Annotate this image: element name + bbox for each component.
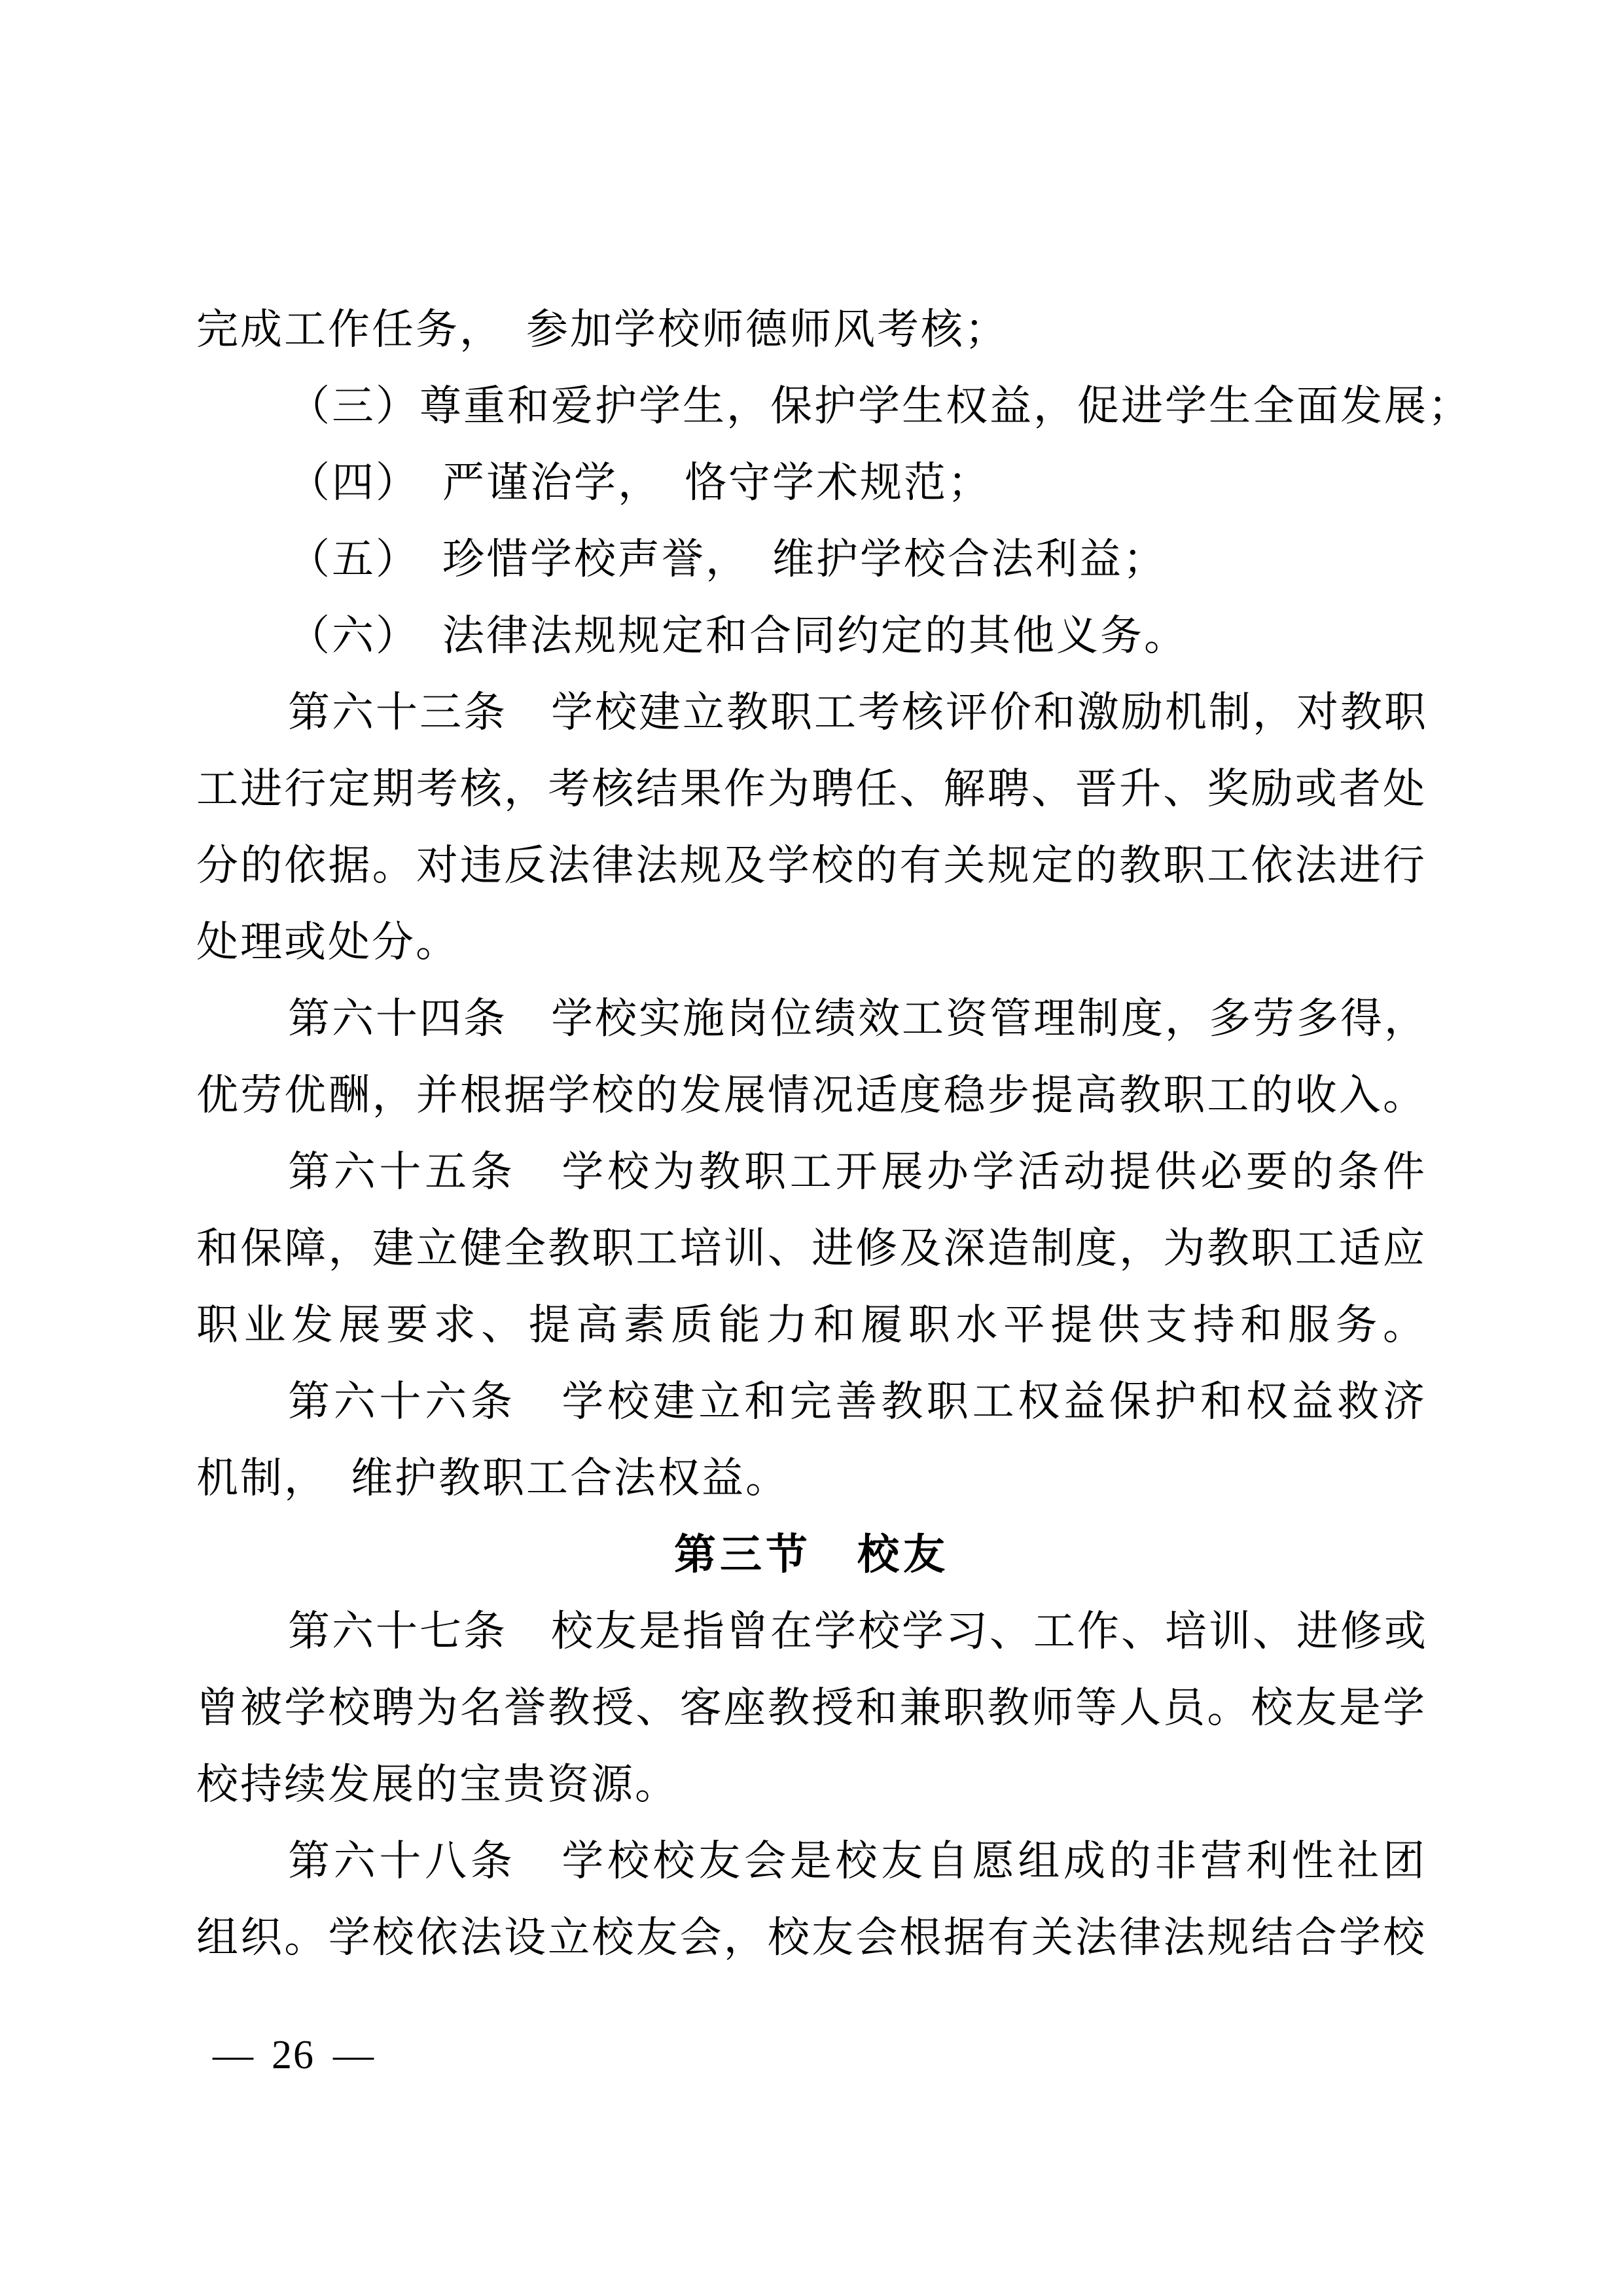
body-line: 处理或处分。 — [196, 904, 1427, 980]
body-line: 第六十三条 学校建立教职工考核评价和激励机制，对教职 — [196, 674, 1427, 751]
body-line: （四） 严谨治学， 恪守学术规范； — [196, 444, 1427, 521]
document-page: 完成工作任务， 参加学校师德师风考核；（三）尊重和爱护学生，保护学生权益，促进学… — [0, 0, 1623, 2296]
body-line: （五） 珍惜学校声誉， 维护学校合法利益； — [196, 521, 1427, 598]
body-line: 第六十四条 学校实施岗位绩效工资管理制度，多劳多得， — [196, 980, 1427, 1057]
body-line: 优劳优酬，并根据学校的发展情况适度稳步提高教职工的收入。 — [196, 1057, 1427, 1134]
body-line: 第六十五条 学校为教职工开展办学活动提供必要的条件 — [196, 1134, 1427, 1210]
body-line: 第六十七条 校友是指曾在学校学习、工作、培训、进修或 — [196, 1593, 1427, 1670]
footer-left-dash: — — [213, 2029, 253, 2081]
body-line: 校持续发展的宝贵资源。 — [196, 1746, 1427, 1823]
section-heading: 第三节 校友 — [196, 1516, 1427, 1593]
body-line: 分的依据。对违反法律法规及学校的有关规定的教职工依法进行 — [196, 827, 1427, 904]
body-line: 曾被学校聘为名誉教授、客座教授和兼职教师等人员。校友是学 — [196, 1670, 1427, 1746]
page-number: 26 — [272, 2029, 315, 2081]
page-body: 完成工作任务， 参加学校师德师风考核；（三）尊重和爱护学生，保护学生权益，促进学… — [196, 291, 1427, 1976]
body-line: 工进行定期考核，考核结果作为聘任、解聘、晋升、奖励或者处 — [196, 751, 1427, 827]
body-line: 完成工作任务， 参加学校师德师风考核； — [196, 291, 1427, 368]
body-line: 第六十八条 学校校友会是校友自愿组成的非营利性社团 — [196, 1823, 1427, 1899]
body-line: 职业发展要求、提高素质能力和履职水平提供支持和服务。 — [196, 1287, 1427, 1363]
body-line: 第六十六条 学校建立和完善教职工权益保护和权益救济 — [196, 1363, 1427, 1440]
body-line: 机制， 维护教职工合法权益。 — [196, 1440, 1427, 1516]
body-line: 组织。学校依法设立校友会，校友会根据有关法律法规结合学校 — [196, 1899, 1427, 1976]
body-line: （三）尊重和爱护学生，保护学生权益，促进学生全面发展； — [196, 368, 1427, 444]
footer-right-dash: — — [333, 2029, 374, 2081]
page-footer: — 26 — — [213, 2029, 374, 2081]
body-line: 和保障，建立健全教职工培训、进修及深造制度，为教职工适应 — [196, 1210, 1427, 1287]
body-line: （六） 法律法规规定和合同约定的其他义务。 — [196, 598, 1427, 674]
